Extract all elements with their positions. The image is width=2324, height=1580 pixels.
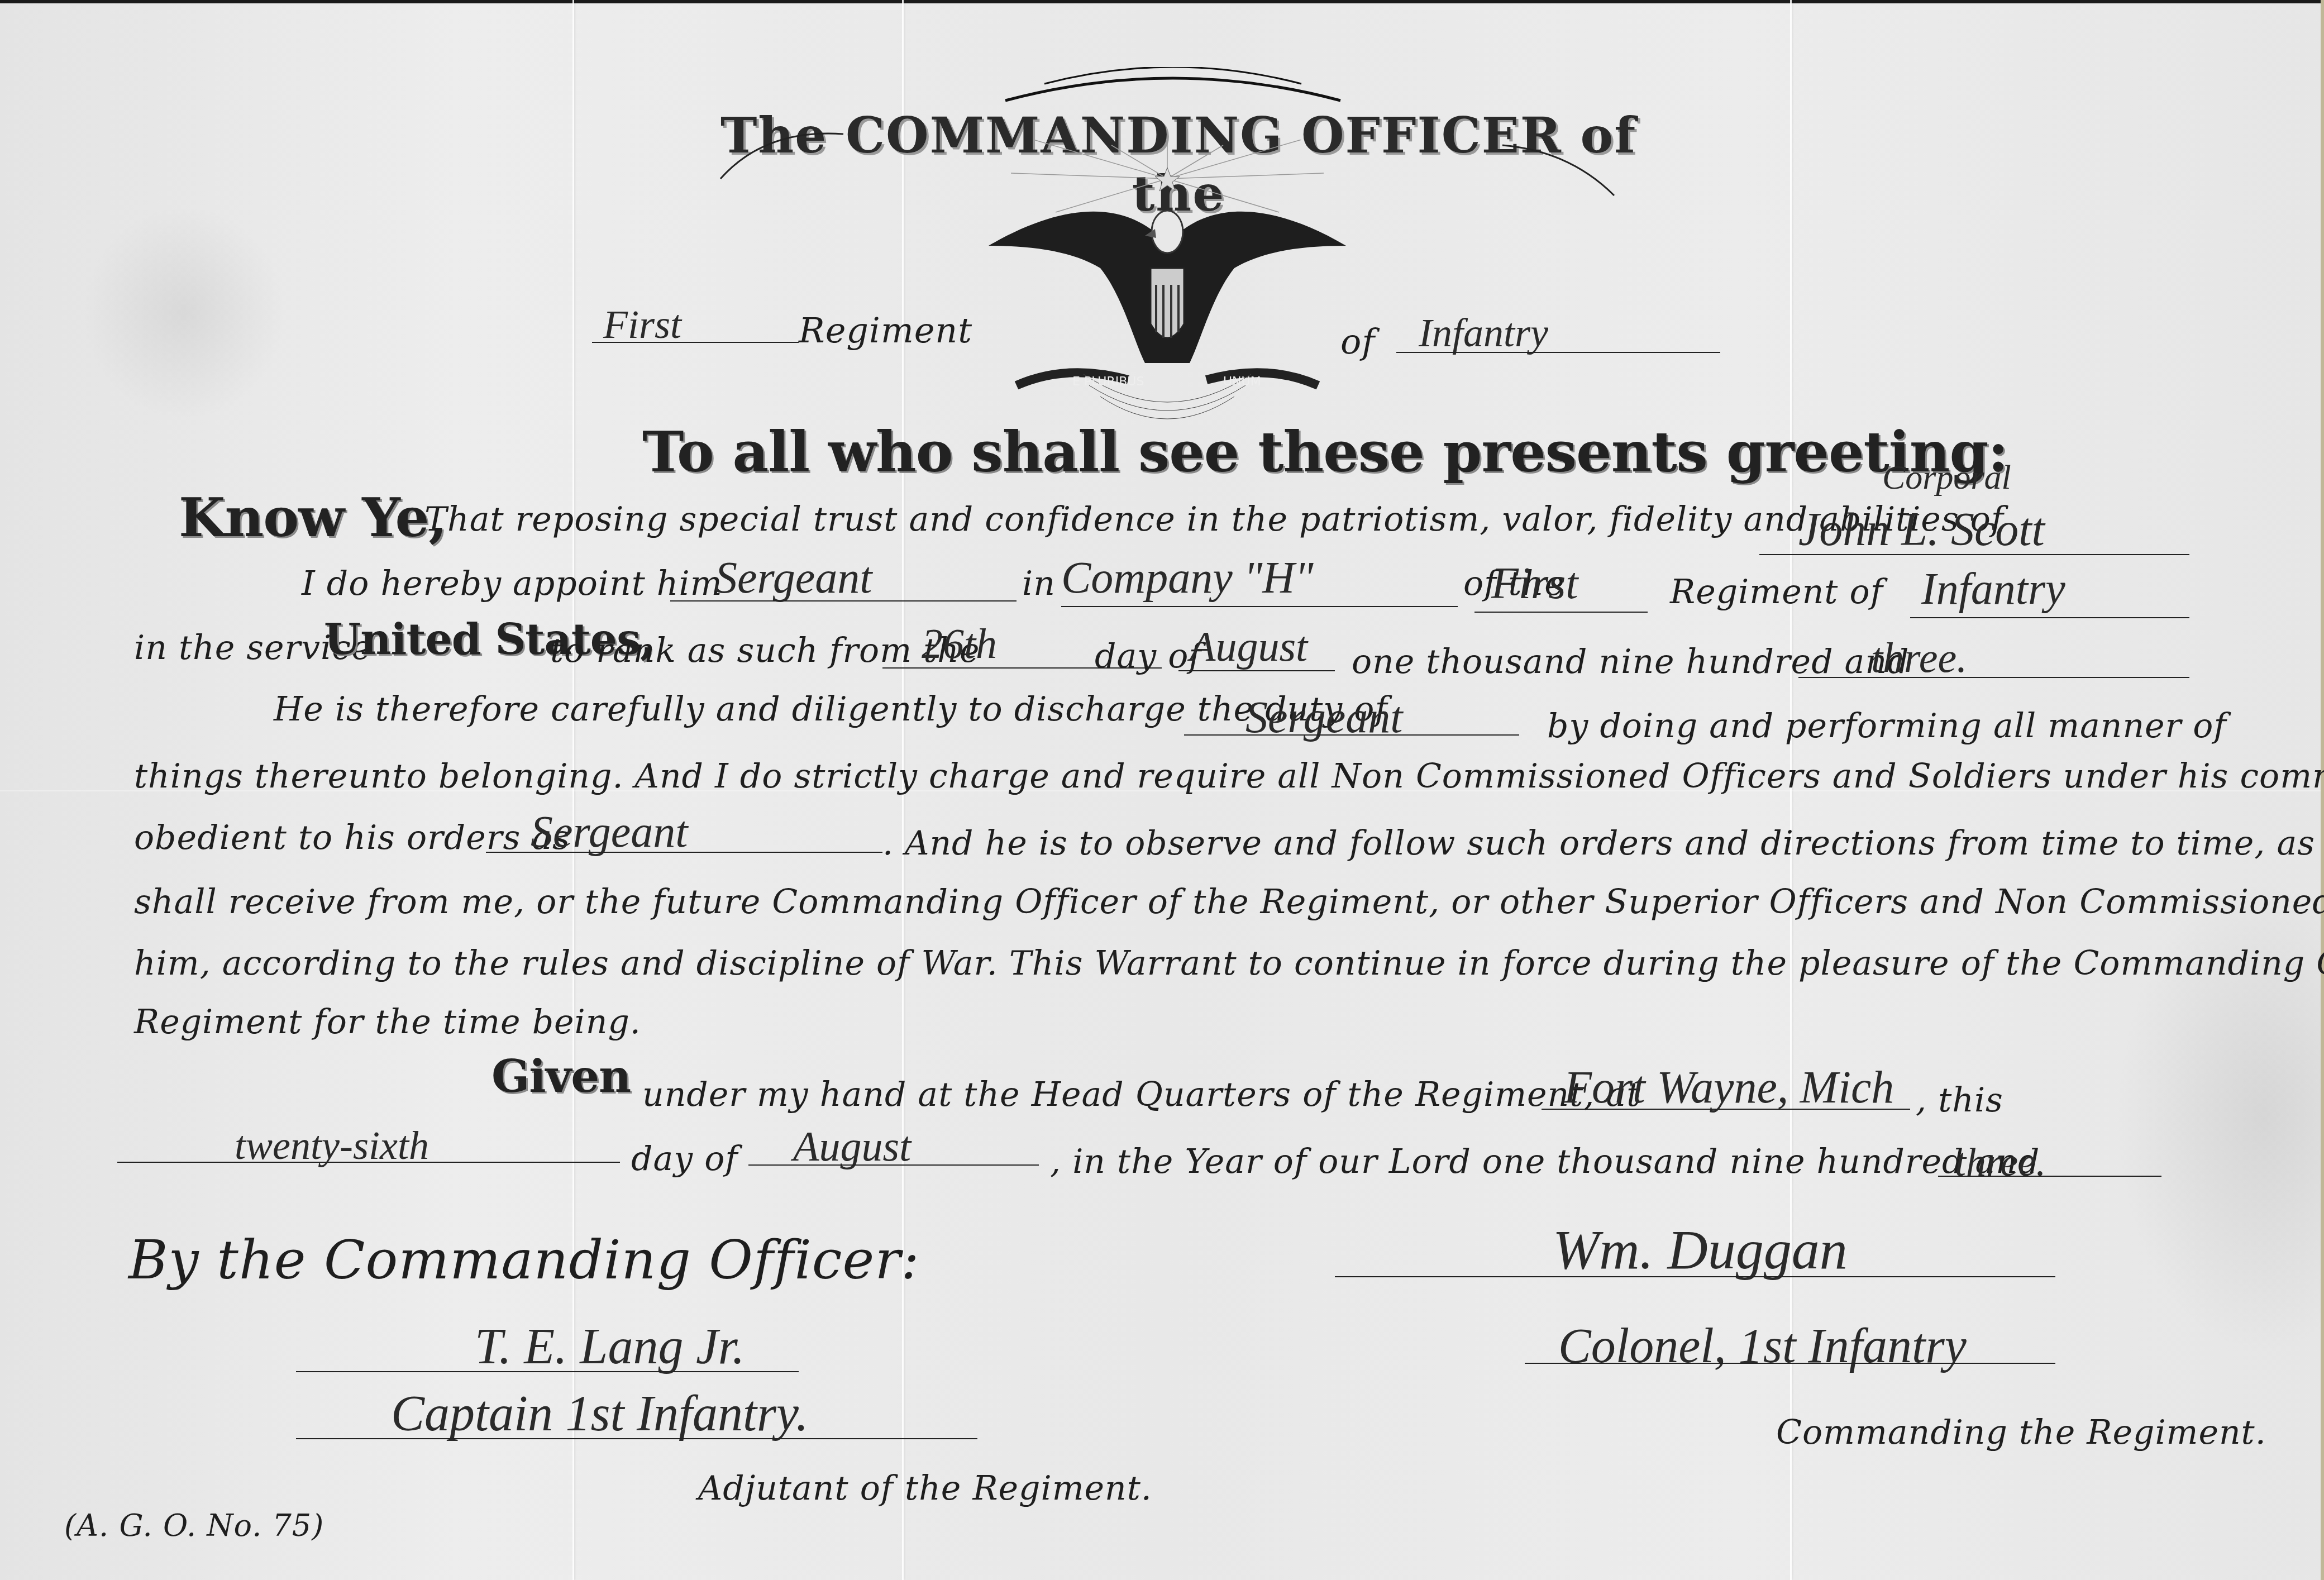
adjutant-title: Captain 1st Infantry.: [391, 1385, 809, 1443]
fill-line: [592, 342, 799, 343]
header-of-label: of: [1340, 321, 1375, 362]
duty-rank: Sergeant: [1245, 693, 1402, 743]
signature-line: [1525, 1363, 2055, 1364]
colonel-signature: Wm. Duggan: [1553, 1218, 1848, 1282]
fill-line: [117, 1162, 620, 1163]
fill-line: [748, 1164, 1039, 1166]
by-commanding-officer: By the Commanding Officer:: [128, 1229, 920, 1291]
header-arm: Infantry: [1419, 310, 1548, 356]
fill-line: [1178, 670, 1335, 671]
fill-line: [486, 852, 882, 853]
fill-line: [1184, 734, 1519, 736]
body-line-4a: He is therefore carefully and diligently…: [274, 690, 1388, 729]
rank-year: three.: [1871, 634, 1967, 682]
given-line-1b: , this: [1916, 1081, 2003, 1120]
know-ye: Know Ye,: [179, 486, 447, 549]
orders-rank: Sergeant: [531, 807, 688, 858]
greeting: To all who shall see these presents gree…: [642, 419, 2008, 485]
body-line-1: That reposing special trust and confiden…: [424, 500, 2004, 539]
warrant-document: The COMMANDING OFFICER of the E PLURIBUS…: [0, 0, 2321, 1580]
motto-right: UNUM: [1223, 375, 1261, 389]
signature-line: [296, 1438, 977, 1439]
fill-line: [670, 600, 1017, 602]
fill-line: [1474, 612, 1648, 613]
company: Company "H": [1061, 553, 1314, 604]
rank-month: August: [1190, 623, 1307, 671]
fill-line: [1910, 617, 2189, 618]
body-line-8: him, according to the rules and discipli…: [134, 944, 2324, 983]
regiment-number: First: [1491, 559, 1578, 609]
adjutant-role: Adjutant of the Regiment.: [698, 1469, 1152, 1508]
body-line-2a: I do hereby appoint him: [302, 564, 723, 603]
body-line-4b: by doing and performing all manner of: [1547, 707, 2227, 746]
given-month: August: [793, 1123, 911, 1171]
body-line-5: things thereunto belonging. And I do str…: [134, 757, 2324, 796]
given-line-2b: , in the Year of our Lord one thousand n…: [1050, 1142, 2040, 1181]
header-regiment-number: First: [603, 302, 681, 348]
body-line-6b: . And he is to observe and follow such o…: [882, 824, 2324, 863]
fill-line: [1759, 554, 2189, 555]
given-year: three.: [1955, 1139, 2046, 1186]
prior-rank: Corporal: [1882, 458, 2011, 498]
header-regiment-label: Regiment: [799, 310, 972, 351]
signature-line: [296, 1371, 799, 1372]
rank-day: 26th: [922, 620, 997, 669]
appointed-rank: Sergeant: [715, 553, 872, 604]
body-line-9: Regiment for the time being.: [134, 1003, 641, 1042]
fill-line: [1798, 677, 2189, 678]
form-number: (A. G. O. No. 75): [64, 1508, 324, 1543]
appointee-name: John L. Scott: [1798, 503, 2045, 557]
adjutant-signature: T. E. Lang Jr.: [475, 1318, 745, 1376]
body-line-2d: Regiment of: [1670, 572, 1883, 612]
body-line-3b: to rank as such from the: [550, 631, 980, 670]
given-line-2a: day of: [631, 1139, 738, 1178]
body-line-2b: in: [1022, 564, 1056, 603]
arm: Infantry: [1921, 564, 2065, 615]
motto-left: E PLURIBUS: [1072, 375, 1144, 389]
given-label: Given: [491, 1050, 631, 1102]
colonel-role: Commanding the Regiment.: [1776, 1413, 2266, 1452]
eagle-emblem-icon: E PLURIBUS UNUM: [944, 140, 1391, 430]
fill-line: [1396, 352, 1720, 353]
given-location: Fort Wayne, Mich: [1564, 1061, 1894, 1114]
body-line-3d: one thousand nine hundred and: [1352, 642, 1909, 681]
signature-line: [1335, 1276, 2055, 1277]
given-line-1a: under my hand at the Head Quarters of th…: [642, 1075, 1640, 1114]
colonel-title: Colonel, 1st Infantry: [1558, 1318, 1967, 1374]
fill-line: [1061, 606, 1458, 607]
fill-line: [1938, 1176, 2161, 1177]
fill-line: [1542, 1109, 1910, 1110]
body-line-7: shall receive from me, or the future Com…: [134, 882, 2324, 922]
